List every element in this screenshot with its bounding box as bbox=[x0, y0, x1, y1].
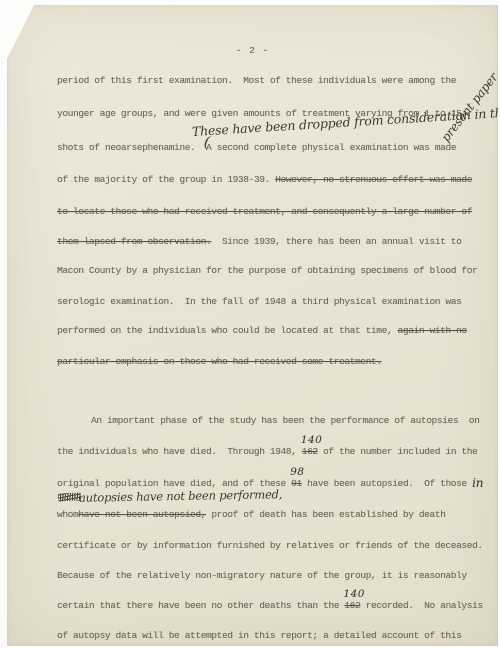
typed-line: certain that there have been no other de… bbox=[57, 600, 483, 611]
typed-line: An important phase of the study has been… bbox=[57, 415, 479, 426]
typed-line: shots of neoarsephenamine. A second comp… bbox=[57, 142, 456, 153]
handwritten-correction-140: 140 bbox=[343, 588, 365, 600]
handwritten-word-in: in bbox=[472, 476, 483, 490]
document-page: - 2 - period of this first examination. … bbox=[7, 5, 498, 646]
struck-text: again with no bbox=[398, 325, 467, 336]
scribbled-out-word bbox=[58, 492, 81, 501]
typed-line: to locate those who had received treatme… bbox=[57, 206, 472, 217]
struck-text: to locate those who had received treatme… bbox=[57, 206, 472, 217]
struck-text: have not been autopsied, bbox=[78, 509, 206, 520]
struck-number: 91 bbox=[291, 478, 302, 489]
struck-number: 162 bbox=[344, 600, 360, 611]
struck-text: particular emphasis on those who had rec… bbox=[57, 356, 382, 367]
typed-line: serologic examination. In the fall of 19… bbox=[57, 296, 461, 307]
handwritten-correction-98: 98 bbox=[290, 466, 304, 478]
typed-line: of autopsy data will be attempted in thi… bbox=[57, 630, 461, 641]
typed-line: of the majority of the group in 1938-39.… bbox=[57, 174, 472, 185]
struck-text: them lapsed from observation. bbox=[57, 236, 211, 247]
typed-line: period of this first examination. Most o… bbox=[57, 75, 456, 86]
typed-line: whomhave not been autopsied, proof of de… bbox=[57, 509, 445, 520]
typed-line: certificate or by information furnished … bbox=[57, 540, 483, 551]
typed-line: particular emphasis on those who had rec… bbox=[57, 356, 382, 367]
struck-number: 162 bbox=[302, 446, 318, 457]
typed-line: performed on the individuals who could b… bbox=[57, 325, 467, 336]
typed-line: them lapsed from observation. Since 1939… bbox=[57, 236, 461, 247]
typed-line: Because of the relatively non-migratory … bbox=[57, 570, 467, 581]
struck-text: However, no strenuous effort was made bbox=[275, 174, 472, 185]
typed-line: Macon County by a physician for the purp… bbox=[57, 265, 477, 276]
handwritten-correction-140: 140 bbox=[301, 434, 323, 446]
page-number: - 2 - bbox=[7, 45, 498, 56]
handwritten-autopsy-note: autopsies have not been performed, bbox=[79, 487, 282, 505]
scanned-document: - 2 - period of this first examination. … bbox=[0, 0, 500, 648]
typed-line: the individuals who have died. Through 1… bbox=[57, 446, 477, 457]
